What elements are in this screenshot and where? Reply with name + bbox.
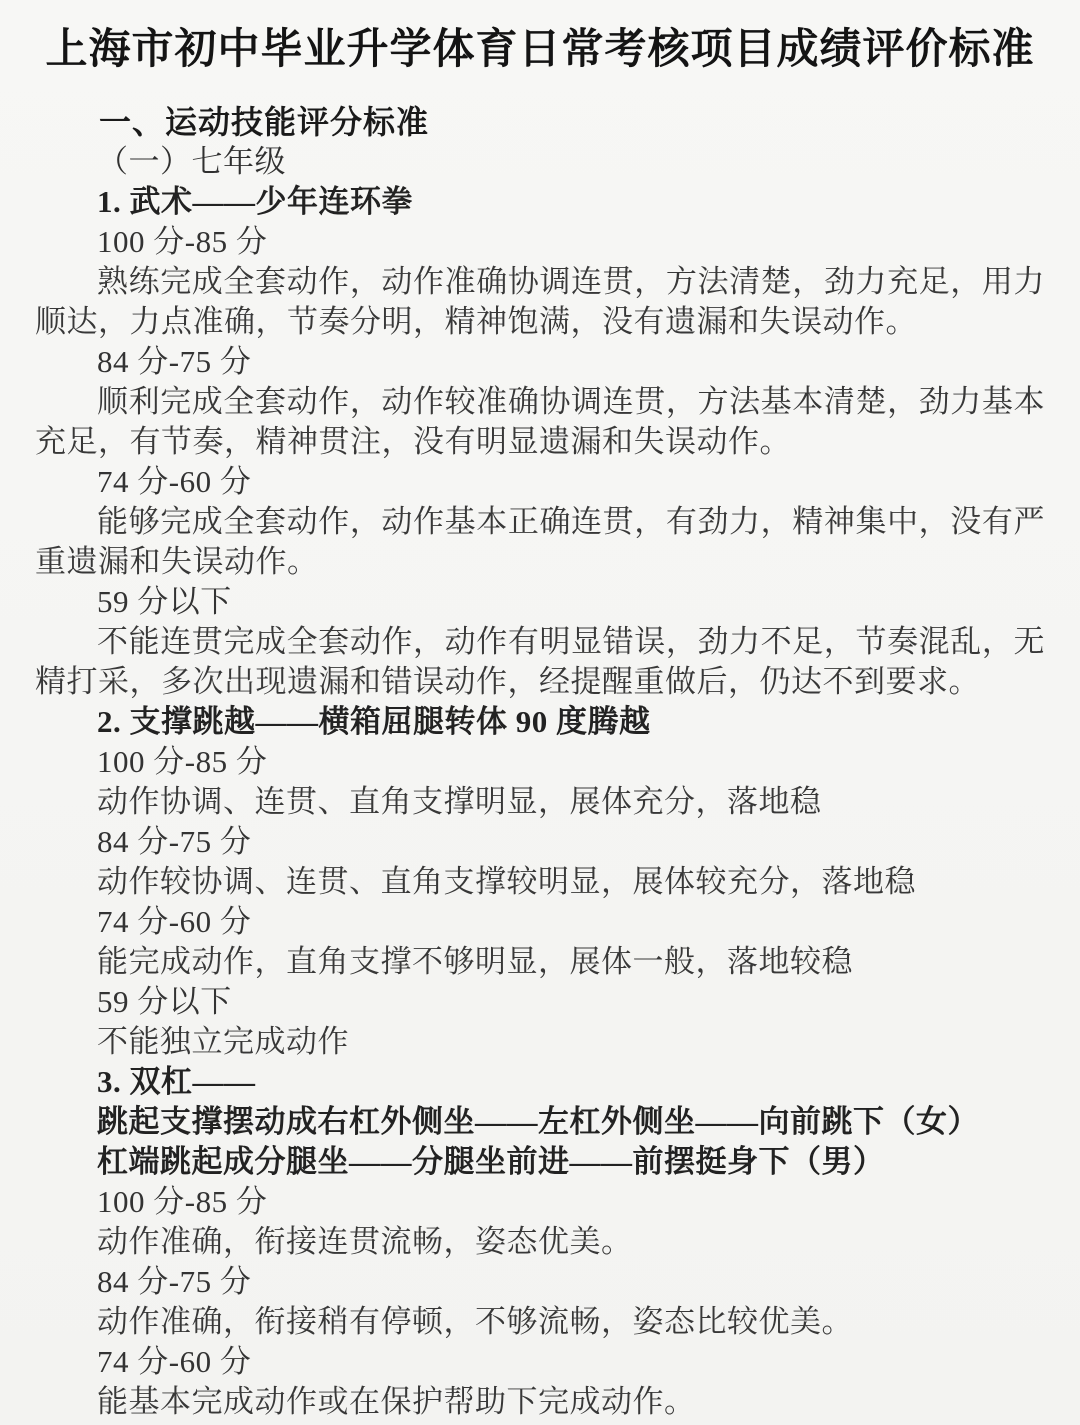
- document-body: 一、运动技能评分标准（一）七年级1. 武术——少年连环拳100 分-85 分熟练…: [35, 102, 1045, 1422]
- document-line-score: 74 分-60 分: [35, 1342, 1045, 1382]
- document-line-item: 跳起支撑摆动成右杠外侧坐——左杠外侧坐——向前跳下（女）: [35, 1102, 1045, 1142]
- document-line-para: 能够完成全套动作，动作基本正确连贯，有劲力，精神集中，没有严重遗漏和失误动作。: [35, 502, 1045, 582]
- document-title: 上海市初中毕业升学体育日常考核项目成绩评价标准: [35, 22, 1045, 78]
- document-line-score: 74 分-60 分: [35, 462, 1045, 502]
- document-line-item: 3. 双杠——: [35, 1062, 1045, 1102]
- document-line-para: 能完成动作，直角支撑不够明显，展体一般，落地较稳: [35, 942, 1045, 982]
- document-line-para: 熟练完成全套动作，动作准确协调连贯，方法清楚，劲力充足，用力顺达，力点准确，节奏…: [35, 262, 1045, 342]
- document-line-para: 不能连贯完成全套动作，动作有明显错误，劲力不足，节奏混乱，无精打采，多次出现遗漏…: [35, 622, 1045, 702]
- document-line-para: 能基本完成动作或在保护帮助下完成动作。: [35, 1382, 1045, 1422]
- document-line-score: 74 分-60 分: [35, 902, 1045, 942]
- document-line-item: 2. 支撑跳越——横箱屈腿转体 90 度腾越: [35, 702, 1045, 742]
- document-line-subsection: （一）七年级: [35, 142, 1045, 182]
- document-line-score: 59 分以下: [35, 982, 1045, 1022]
- document-line-para: 顺利完成全套动作，动作较准确协调连贯，方法基本清楚，劲力基本充足，有节奏，精神贯…: [35, 382, 1045, 462]
- scanned-document-page: 上海市初中毕业升学体育日常考核项目成绩评价标准 一、运动技能评分标准（一）七年级…: [0, 0, 1080, 1425]
- document-line-score: 100 分-85 分: [35, 222, 1045, 262]
- document-line-score: 100 分-85 分: [35, 1182, 1045, 1222]
- document-line-para: 动作准确，衔接连贯流畅，姿态优美。: [35, 1222, 1045, 1262]
- document-line-score: 84 分-75 分: [35, 822, 1045, 862]
- document-line-score: 59 分以下: [35, 582, 1045, 622]
- document-line-score: 84 分-75 分: [35, 1262, 1045, 1302]
- document-line-para: 动作较协调、连贯、直角支撑较明显，展体较充分，落地稳: [35, 862, 1045, 902]
- document-line-item: 杠端跳起成分腿坐——分腿坐前进——前摆挺身下（男）: [35, 1142, 1045, 1182]
- document-line-item: 1. 武术——少年连环拳: [35, 182, 1045, 222]
- document-line-section: 一、运动技能评分标准: [35, 102, 1045, 142]
- document-line-score: 84 分-75 分: [35, 342, 1045, 382]
- document-line-score: 100 分-85 分: [35, 742, 1045, 782]
- document-line-para: 动作准确，衔接稍有停顿，不够流畅，姿态比较优美。: [35, 1302, 1045, 1342]
- document-line-para: 动作协调、连贯、直角支撑明显，展体充分，落地稳: [35, 782, 1045, 822]
- document-line-para: 不能独立完成动作: [35, 1022, 1045, 1062]
